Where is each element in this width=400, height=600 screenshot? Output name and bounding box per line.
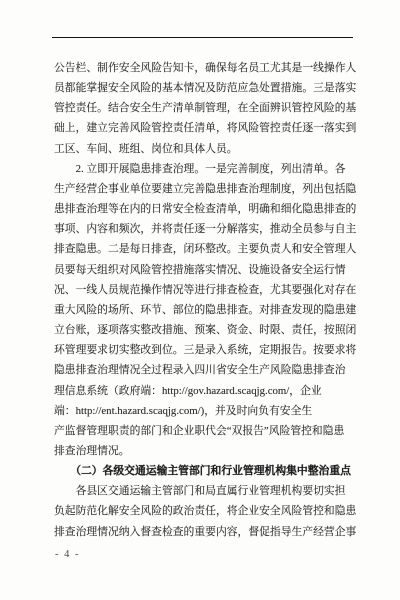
text-line: 负起防范化解安全风险的政治责任，将企业安全风险管控和隐患 [54,501,350,521]
text-line: 础上，建立完善风险管控责任清单，将风险管控责任逐一落实到 [54,118,350,138]
text-line: 况、一线人员规范操作情况等进行排查检查，尤其要强化对存在 [54,280,350,300]
text-line: 生产经营企事业单位要建立完善隐患排查治理制度，列出包括隐 [54,179,350,199]
page-number: - 4 - [55,549,80,560]
body-text: 公告栏、制作安全风险告知卡，确保每名员工尤其是一线操作人 员都能掌握安全风险的基… [54,58,350,542]
text-line: 理信息系统（政府端：http://gov.hazard.scaqjg.com/，… [54,381,350,401]
text-line: 产监督管理职责的部门和企业职代会“双报告”风险管控和隐患 [54,421,350,441]
section-heading: （二）各级交通运输主管部门和行业管理机构集中整治重点 [54,461,350,481]
text-line: 排查治理情况。 [54,441,350,461]
text-line: 排查隐患。二是每日排查，闭环整改。主要负责人和安全管理人 [54,239,350,259]
text-line: 2. 立即开展隐患排查治理。一是完善制度，列出清单。各 [54,159,350,179]
text-line: 员都能掌握安全风险的基本情况及防范应急处置措施。三是落实 [54,78,350,98]
text-line: 重大风险的场所、环节、部位的隐患排查。对排查发现的隐患建 [54,300,350,320]
text-line: 环管理要求切实整改到位。三是录入系统，定期报告。按要求将 [54,340,350,360]
document-page: 公告栏、制作安全风险告知卡，确保每名员工尤其是一线操作人 员都能掌握安全风险的基… [0,0,400,600]
text-line: 端：http://ent.hazard.scaqjg.com/)，并及时向负有安… [54,401,350,421]
text-line: 隐患排查治理情况全过程录入四川省安全生产风险隐患排查治 [54,360,350,380]
text-line: 立台账，逐项落实整改措施、预案、资金、时限、责任，按照闭 [54,320,350,340]
text-line: 排查治理情况纳入督查检查的重要内容，督促指导生产经营企事 [54,522,350,542]
text-line: 各县区交通运输主管部门和局直属行业管理机构要切实担 [54,481,350,501]
text-line: 工区、车间、班组、岗位和具体人员。 [54,139,350,159]
text-line: 公告栏、制作安全风险告知卡，确保每名员工尤其是一线操作人 [54,58,350,78]
text-line: 事项、内容和频次，并将责任逐一分解落实，推动全员参与自主 [54,219,350,239]
text-line: 患排查治理等在内的日常安全检查清单，明确和细化隐患排查的 [54,199,350,219]
scanned-document: { "document": { "lines": [ { "text": "公告… [0,0,400,600]
header-rule [52,37,353,39]
text-line: 管控责任。结合安全生产清单制管理，在全面辨识管控风险的基 [54,98,350,118]
text-line: 员要每天组织对风险管控措施落实情况、设施设备安全运行情 [54,260,350,280]
